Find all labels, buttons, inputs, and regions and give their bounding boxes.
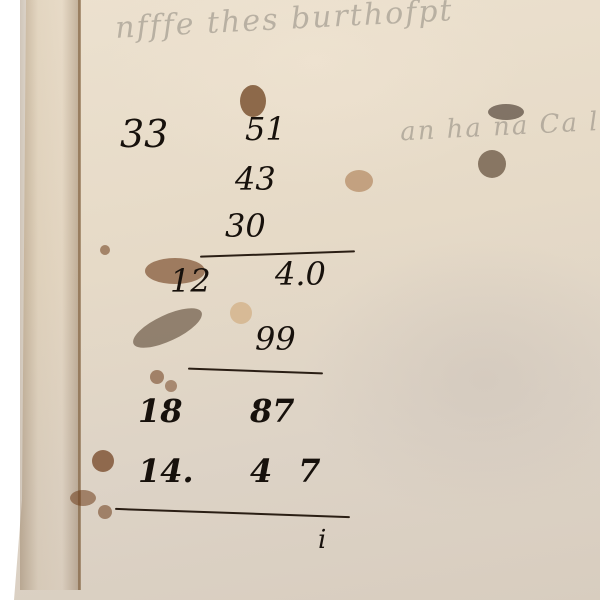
ink-stain xyxy=(70,490,96,506)
ink-stain xyxy=(92,450,114,472)
number-right: 51 xyxy=(245,110,286,148)
ink-stain xyxy=(478,150,506,178)
number-right: 43 xyxy=(235,160,276,198)
number-right: 30 xyxy=(225,207,266,245)
number-right: 99 xyxy=(255,320,296,358)
number-right: 4.0 xyxy=(275,255,326,293)
number-left: 14. xyxy=(138,452,194,490)
ink-stain xyxy=(165,380,177,392)
ink-stain xyxy=(345,170,373,192)
number-left: 12 xyxy=(170,262,211,300)
ink-stain xyxy=(230,302,252,324)
number-right: 47 xyxy=(250,452,347,490)
trailing-mark: i xyxy=(318,525,326,555)
ink-stain xyxy=(98,505,112,519)
number-right: 87 xyxy=(250,392,295,430)
ink-stain xyxy=(100,245,110,255)
number-left: 33 xyxy=(120,112,168,156)
ink-stain xyxy=(150,370,164,384)
number-left: 18 xyxy=(138,392,183,430)
